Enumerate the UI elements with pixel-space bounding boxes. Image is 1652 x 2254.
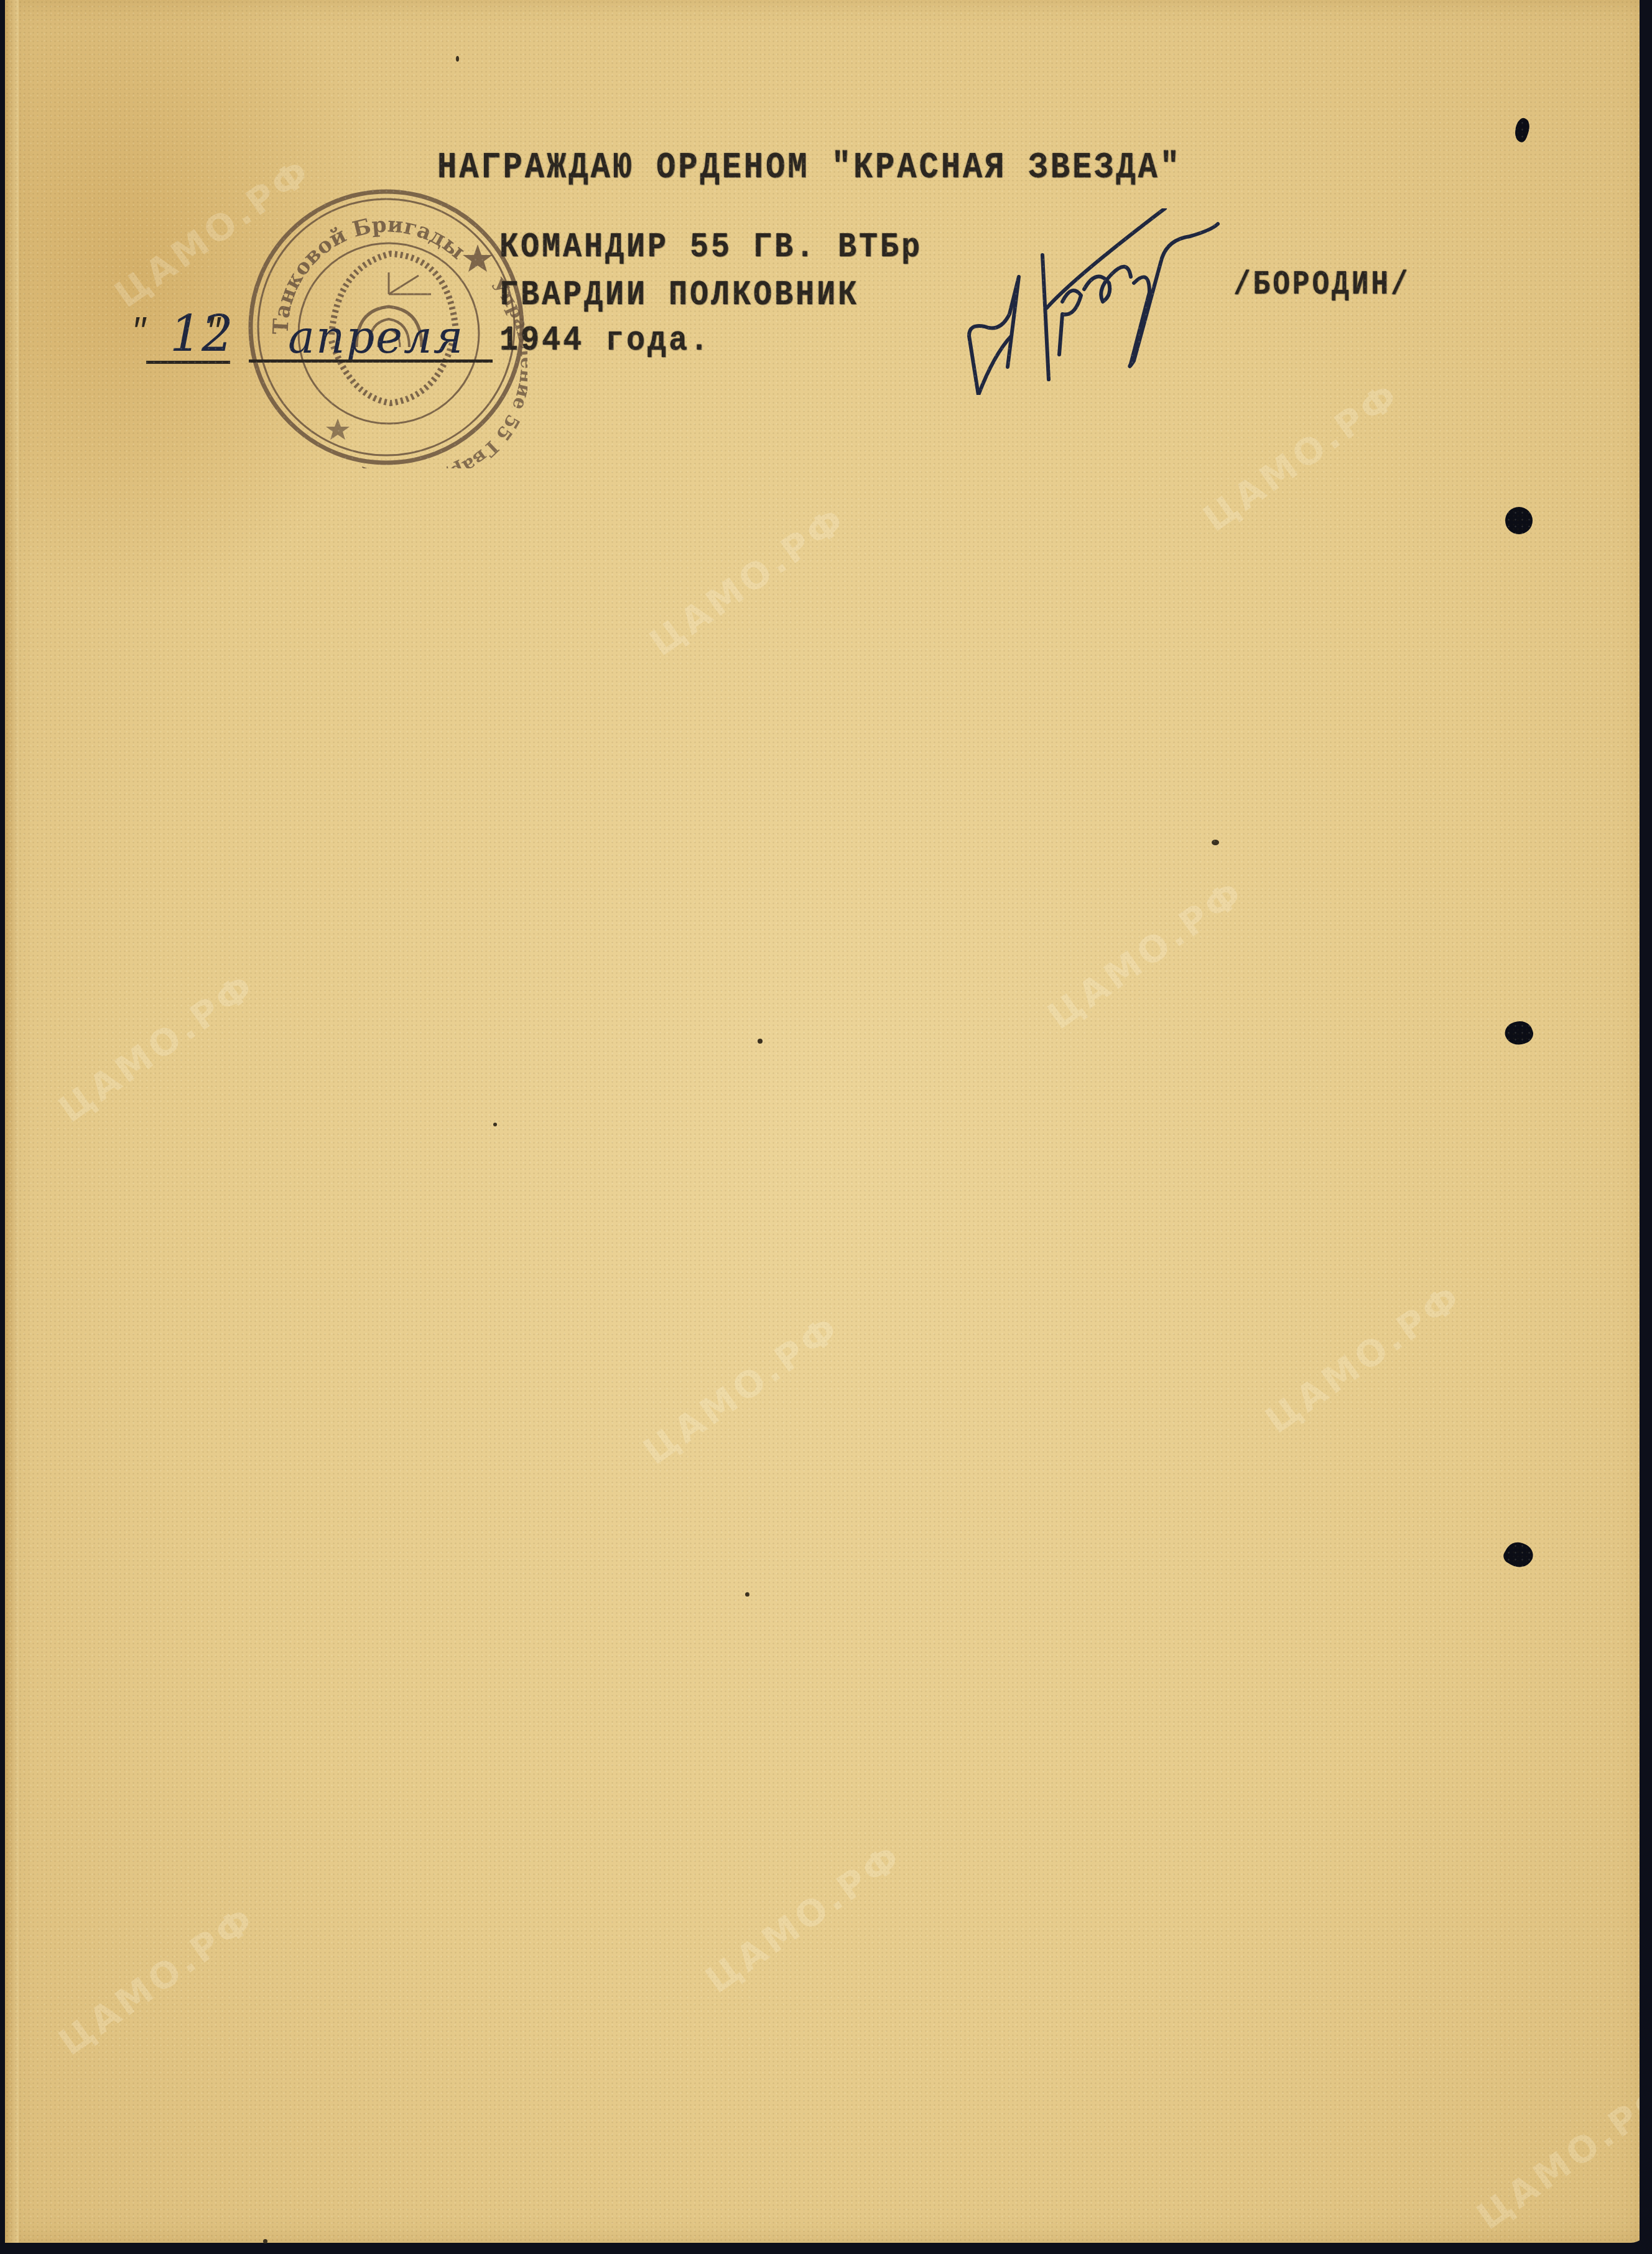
watermark: ЦАМО.РФ — [698, 1835, 911, 2001]
watermark: ЦАМО.РФ — [51, 1897, 264, 2064]
watermark: ЦАМО.РФ — [1469, 2071, 1652, 2238]
date-close-quote: " — [204, 314, 223, 350]
watermark: ЦАМО.РФ — [1195, 373, 1408, 540]
watermark: ЦАМО.РФ — [642, 498, 855, 664]
paper-speck — [493, 1123, 497, 1126]
paper-speck — [1212, 840, 1219, 845]
paper-speck — [456, 56, 459, 62]
binding-hole — [1501, 1537, 1537, 1573]
award-heading: НАГРАЖДАЮ ОРДЕНОМ "КРАСНАЯ ЗВЕЗДА" — [437, 147, 1182, 189]
paper-speck — [263, 2239, 267, 2243]
watermark: ЦАМО.РФ — [51, 964, 264, 1131]
date-month-underline — [249, 359, 493, 363]
signatory-position-line-1: КОМАНДИР 55 ГВ. ВТБр — [499, 228, 922, 267]
signatory-name: /БОРОДИН/ — [1233, 266, 1410, 304]
page-left-edge — [5, 0, 19, 2243]
scan-background-edge — [1640, 0, 1652, 2254]
date-month: апреля — [288, 311, 465, 363]
paper-speck — [745, 1592, 749, 1597]
binding-hole — [1505, 507, 1533, 534]
date-day-underline — [146, 361, 230, 364]
watermark: ЦАМО.РФ — [1040, 871, 1253, 1037]
date-day: 12 — [170, 305, 233, 363]
paper-speck — [758, 1039, 763, 1044]
watermark: ЦАМО.РФ — [636, 1306, 848, 1473]
binding-hole — [1511, 116, 1533, 143]
date-year: 1944 года. — [499, 322, 711, 361]
watermark: ЦАМО.РФ — [1258, 1275, 1470, 1442]
signatory-position-line-2: ГВАРДИИ ПОЛКОВНИК — [499, 276, 859, 315]
date-open-quote: " — [129, 314, 148, 350]
document-page: ЦАМО.РФ ЦАМО.РФ ЦАМО.РФ ЦАМО.РФ ЦАМО.РФ … — [5, 0, 1647, 2243]
signature-icon — [950, 208, 1249, 395]
binding-hole — [1502, 1018, 1536, 1049]
